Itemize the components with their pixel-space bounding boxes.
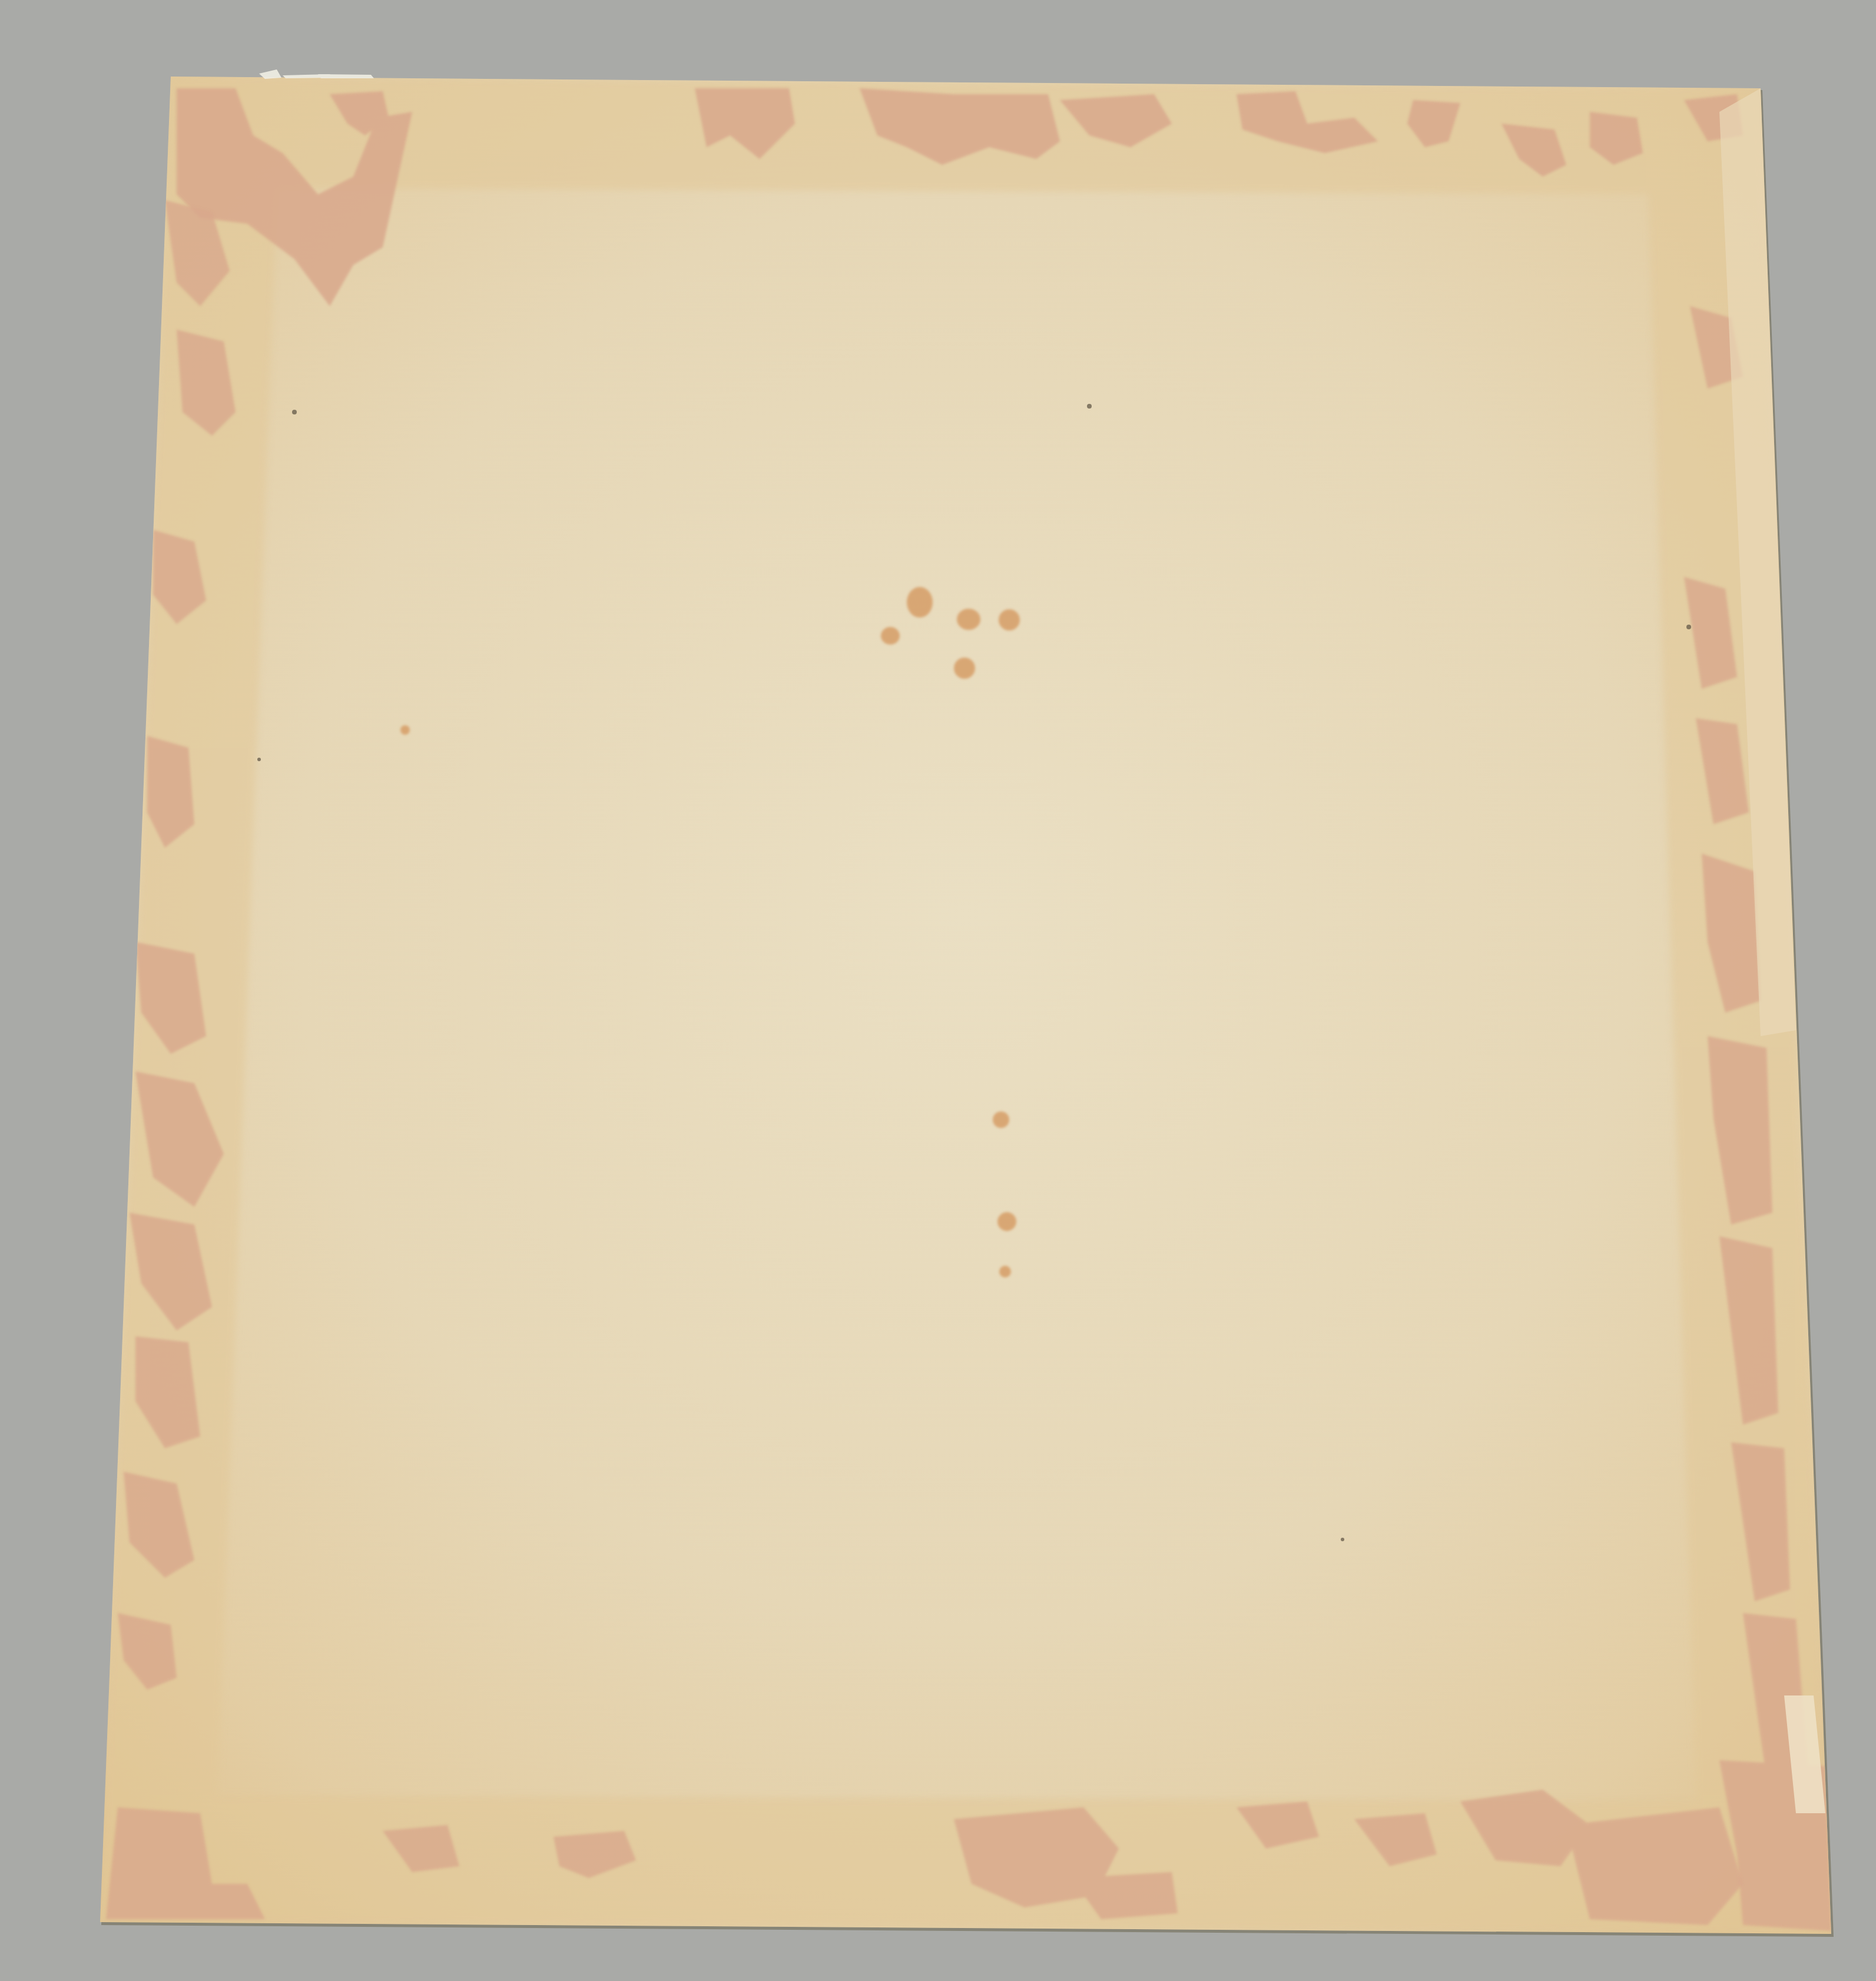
aged-paper-sheet [0, 0, 1876, 1981]
photo-scene: Aged paper sheet with foxing and tide-li… [0, 0, 1876, 1981]
